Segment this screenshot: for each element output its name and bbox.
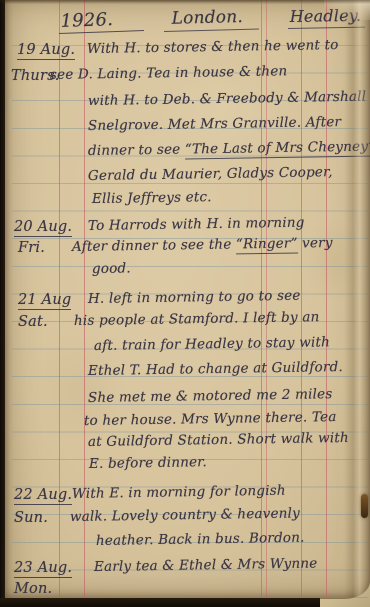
text-segment: with H. to Deb. & Freebody & Marshall & (88, 88, 370, 109)
diary-line: Fri.After dinner to see the “Ringer” ver… (4, 239, 370, 261)
entry-text: his people at Stamford. I left by an (74, 309, 320, 329)
entry-text: Early tea & Ethel & Mrs Wynne (94, 555, 318, 575)
entry-day: Sat. (18, 314, 48, 330)
text-segment: aft. train for Headley to stay with (94, 334, 330, 354)
text-segment: H. left in morning to go to see (88, 288, 301, 307)
entry-text: With E. in morning for longish (72, 483, 286, 502)
text-segment: To Harrods with H. in morning (88, 215, 305, 234)
entry-text: To Harrods with H. in morning (88, 215, 305, 234)
entry-text: Ethel T. Had to change at Guildford. (88, 359, 343, 379)
entry-text: Ellis Jeffreys etc. (92, 189, 212, 207)
diary-line: with H. to Deb. & Freebody & Marshall & (4, 93, 370, 115)
entry-date: 19 Aug. (17, 42, 75, 60)
text-segment: very (297, 235, 332, 252)
diary-line: 19 Aug.With H. to stores & then he went … (4, 41, 370, 63)
diary-line: Gerald du Maurier, Gladys Cooper, (4, 168, 370, 190)
entry-text: She met me & motored me 2 miles (88, 386, 333, 406)
entry-date: 22 Aug. (14, 487, 72, 505)
diary-line: Sun.walk. Lovely country & heavenly (4, 509, 370, 531)
text-segment: Snelgrove. Met Mrs Granville. After (88, 114, 341, 134)
entry-text: walk. Lovely country & heavenly (70, 505, 300, 525)
underlined-title: “The Last of Mrs Cheyney” (185, 138, 370, 159)
entry-text: at Guildford Station. Short walk with (88, 430, 349, 450)
diary-line: 22 Aug.With E. in morning for longish (4, 486, 370, 508)
text-segment: dinner to see (88, 141, 185, 159)
text-segment: good. (92, 260, 131, 277)
diary-line: Sat.his people at Stamford. I left by an (4, 313, 370, 335)
diary-page-photo: 1926. London. Headley. 19 Aug.With H. to… (0, 0, 370, 607)
text-segment: After dinner to see the (72, 236, 236, 255)
text-segment: Ethel T. Had to change at Guildford. (88, 359, 343, 379)
diary-line: Snelgrove. Met Mrs Granville. After (4, 118, 370, 140)
entry-text: After dinner to see the “Ringer” very (72, 235, 333, 255)
text-segment: walk. Lovely country & heavenly (70, 505, 300, 525)
text-segment: E. before dinner. (89, 454, 207, 472)
entry-text: good. (92, 260, 131, 277)
diary-line: E. before dinner. (4, 456, 370, 478)
diary-paper: 1926. London. Headley. 19 Aug.With H. to… (4, 0, 370, 599)
text-segment: She met me & motored me 2 miles (88, 386, 333, 406)
paper-tear-mark (361, 494, 368, 518)
diary-line: aft. train for Headley to stay with (4, 338, 370, 360)
diary-lines: 19 Aug.With H. to stores & then he went … (4, 0, 370, 599)
text-segment: Early tea & Ethel & Mrs Wynne (94, 555, 318, 575)
text-segment: to her house. Mrs Wynne there. Tea (84, 409, 337, 429)
text-segment: With E. in morning for longish (72, 483, 286, 502)
diary-line: good. (4, 261, 370, 283)
diary-line: dinner to see “The Last of Mrs Cheyney” (4, 143, 370, 165)
photo-edge-left (0, 0, 5, 607)
entry-text: with H. to Deb. & Freebody & Marshall & (88, 88, 370, 109)
text-segment: at Guildford Station. Short walk with (88, 430, 349, 450)
entry-text: With H. to stores & then he went to (87, 37, 339, 57)
entry-text: heather. Back in bus. Bordon. (96, 530, 305, 549)
entry-text: dinner to see “The Last of Mrs Cheyney” (88, 138, 370, 159)
entry-date: 20 Aug. (14, 219, 72, 237)
diary-line: Ethel T. Had to change at Guildford. (4, 363, 370, 385)
photo-edge-top (0, 0, 370, 4)
entry-date: 21 Aug (18, 292, 71, 310)
entry-text: H. left in morning to go to see (88, 288, 301, 307)
entry-day: Mon. (14, 581, 52, 597)
diary-line: at Guildford Station. Short walk with (4, 434, 370, 456)
entry-date: 23 Aug. (14, 560, 72, 578)
entry-text: Gerald du Maurier, Gladys Cooper, (88, 164, 333, 184)
diary-line: heather. Back in bus. Bordon. (4, 533, 370, 555)
text-segment: his people at Stamford. I left by an (74, 309, 320, 329)
entry-day: Fri. (18, 240, 45, 256)
entry-text: see D. Laing. Tea in house & then (50, 63, 288, 83)
entry-text: Snelgrove. Met Mrs Granville. After (88, 114, 341, 134)
text-segment: heather. Back in bus. Bordon. (96, 530, 305, 549)
entry-text: to her house. Mrs Wynne there. Tea (84, 409, 337, 429)
photo-edge-bottom (0, 598, 320, 607)
diary-line: Thurs.see D. Laing. Tea in house & then (4, 67, 370, 89)
text-segment: Ellis Jeffreys etc. (92, 189, 212, 207)
underlined-title: “Ringer” (236, 235, 298, 254)
text-segment: Gerald du Maurier, Gladys Cooper, (88, 164, 333, 184)
diary-line: Ellis Jeffreys etc. (4, 191, 370, 213)
text-segment: see D. Laing. Tea in house & then (50, 63, 288, 83)
entry-day: Sun. (14, 510, 48, 526)
text-segment: With H. to stores & then he went to (87, 37, 339, 57)
entry-text: aft. train for Headley to stay with (94, 334, 330, 354)
diary-line: 23 Aug.Early tea & Ethel & Mrs Wynne (4, 559, 370, 581)
entry-text: E. before dinner. (89, 454, 207, 472)
